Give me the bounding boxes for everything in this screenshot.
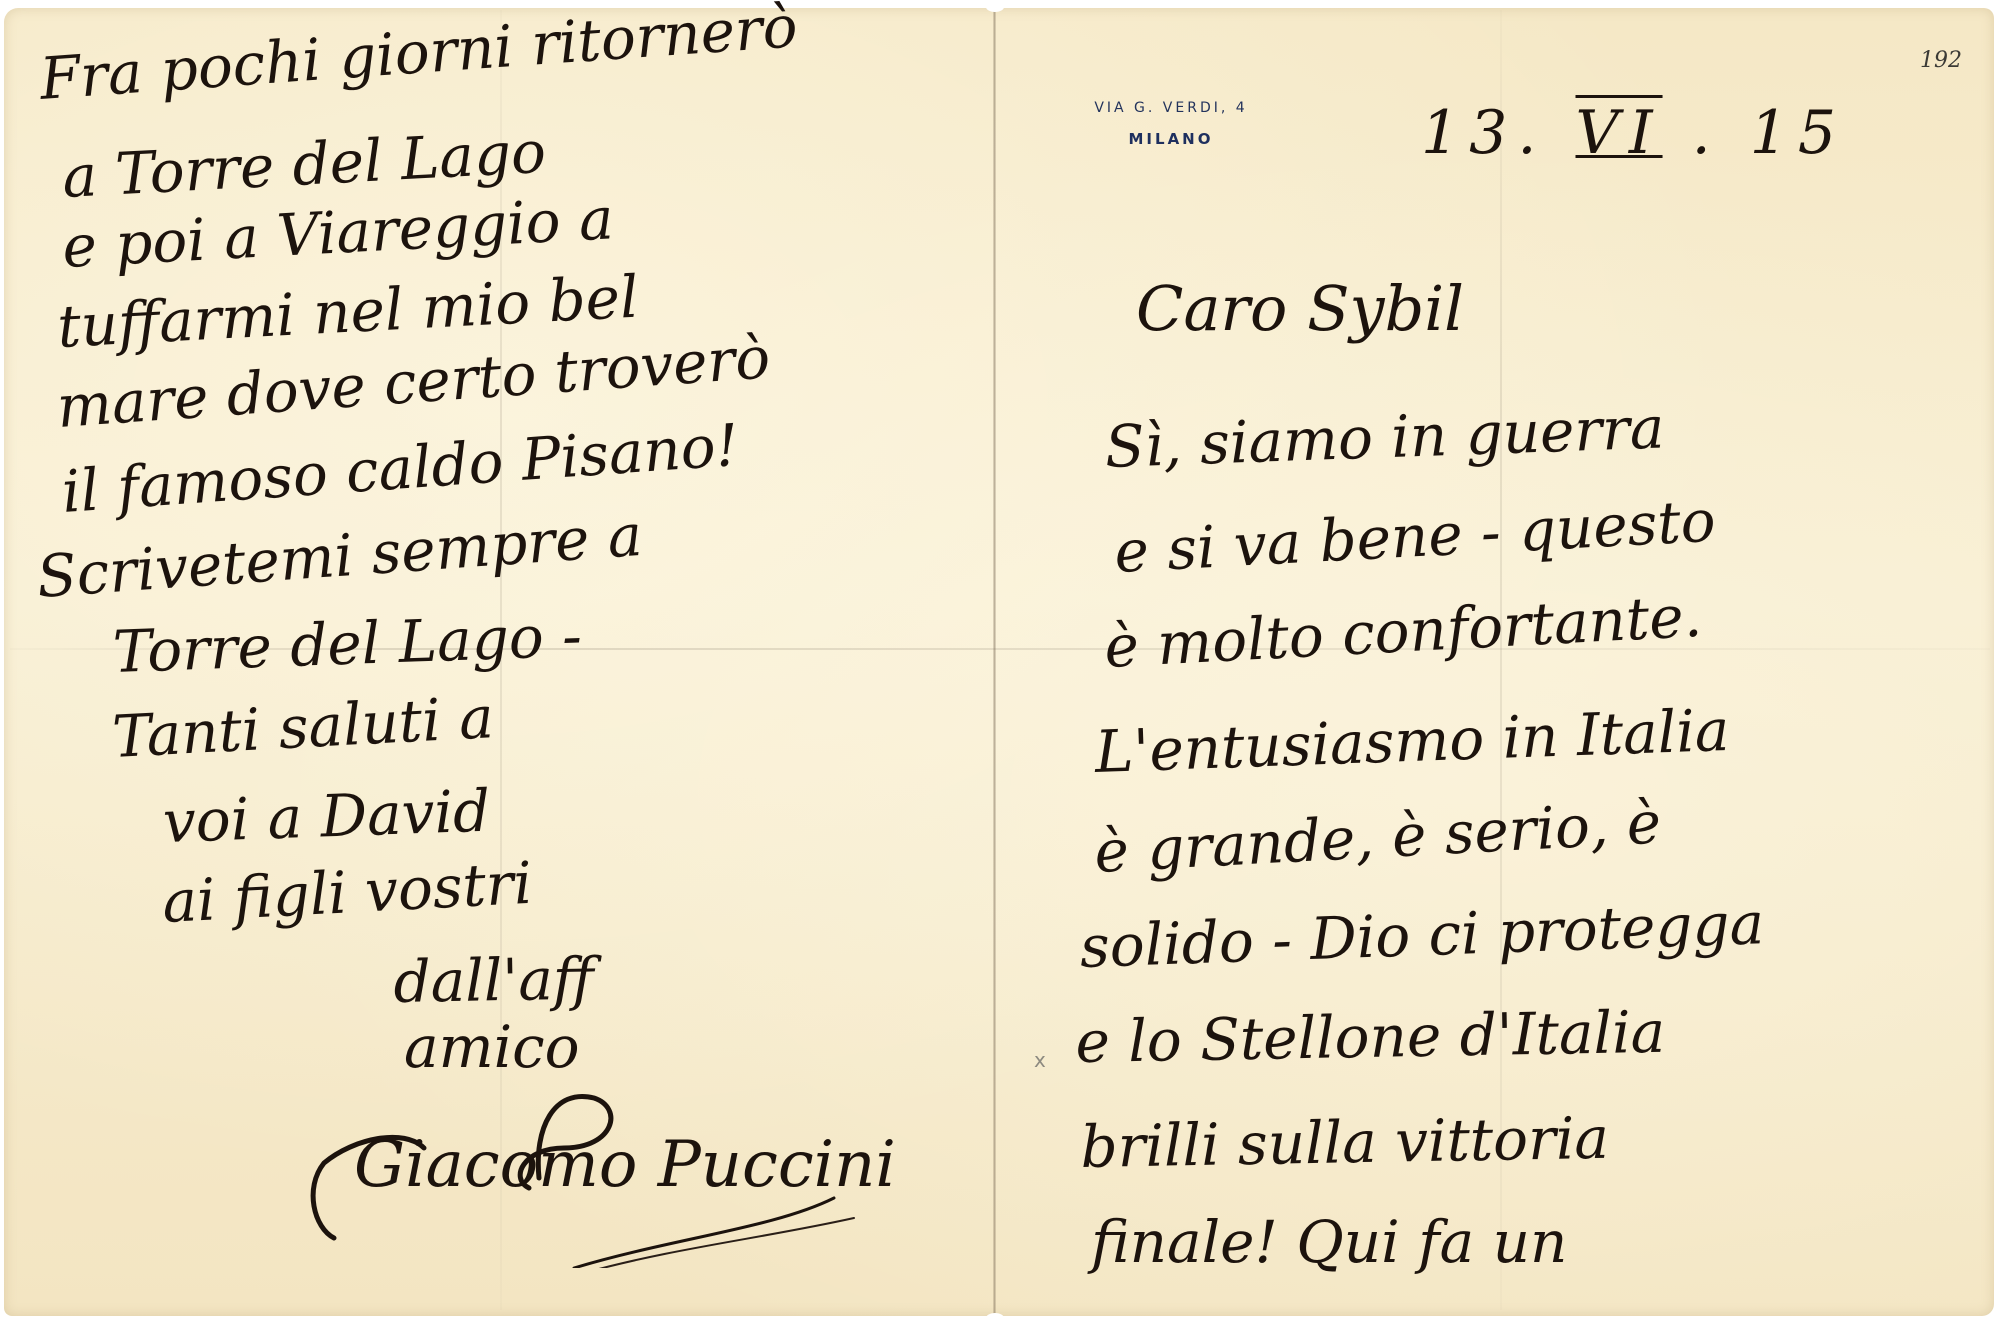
pencil-margin-mark: x bbox=[1034, 1048, 1046, 1072]
handwritten-line: dall'aff bbox=[393, 950, 594, 1011]
right-page: VIA G. VERDI, 4 MILANO 192 13. VI . 15 C… bbox=[996, 8, 1994, 1316]
archive-number: 192 bbox=[1920, 48, 1962, 73]
handwritten-line: brilli sulla vittoria bbox=[1080, 1109, 1609, 1176]
salutation: Caro Sybil bbox=[1136, 278, 1464, 340]
handwritten-line: è grande, è serio, è bbox=[1093, 793, 1662, 881]
handwritten-line: voi a David bbox=[162, 782, 491, 851]
handwritten-line: ai figli vostri bbox=[161, 854, 533, 931]
handwritten-line: L'entusiasmo in Italia bbox=[1094, 701, 1730, 781]
letter-date: 13. VI . 15 bbox=[1421, 103, 1846, 163]
handwritten-line: finale! Qui fa un bbox=[1091, 1213, 1567, 1271]
handwritten-line: Tanti saluti a bbox=[111, 688, 495, 766]
letterhead-city: MILANO bbox=[1046, 130, 1296, 148]
letterhead: VIA G. VERDI, 4 MILANO bbox=[1046, 100, 1296, 148]
date-year: . 15 bbox=[1692, 98, 1847, 168]
date-day: 13. bbox=[1421, 98, 1546, 168]
handwritten-line: è molto confortante. bbox=[1103, 587, 1703, 676]
handwritten-line: e lo Stellone d'Italia bbox=[1075, 1003, 1666, 1071]
date-month-roman: VI bbox=[1576, 98, 1663, 168]
handwritten-line: Torre del Lago - bbox=[112, 607, 583, 681]
handwritten-line: Sì, siamo in guerra bbox=[1104, 399, 1665, 476]
signature-name: Giacomo Puccini bbox=[354, 1128, 896, 1202]
letterhead-address: VIA G. VERDI, 4 bbox=[1046, 100, 1296, 116]
handwritten-line: Fra pochi giorni ritornerò bbox=[38, 0, 799, 108]
left-page: Fra pochi giorni ritornerò a Torre del L… bbox=[4, 8, 993, 1316]
signature: Giacomo Puccini bbox=[294, 1068, 994, 1268]
handwritten-line: e si va bene - questo bbox=[1113, 492, 1717, 581]
handwritten-line: solido - Dio ci protegga bbox=[1079, 894, 1765, 976]
